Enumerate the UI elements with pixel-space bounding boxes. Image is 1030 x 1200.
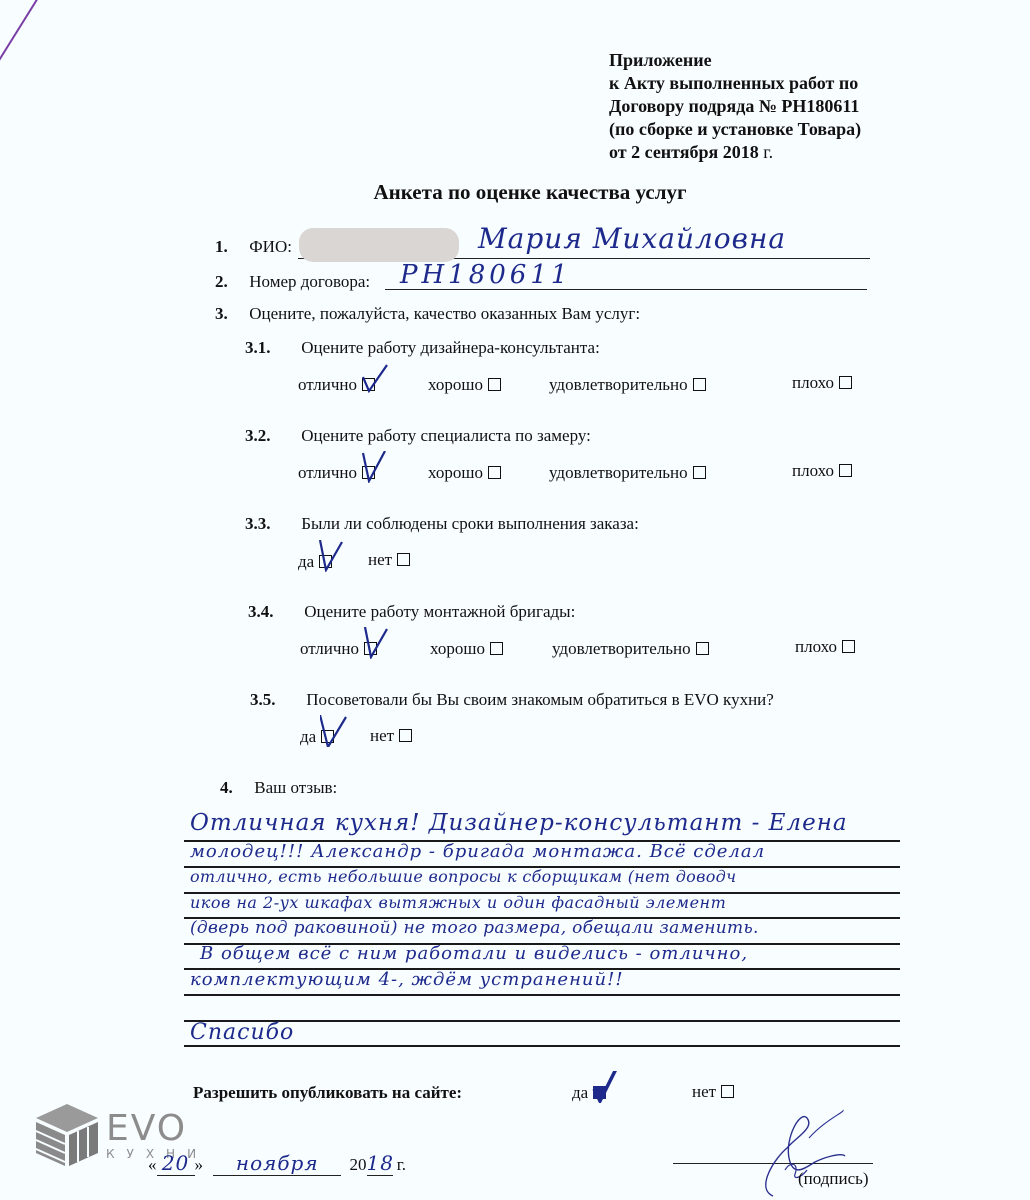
checkbox-empty[interactable] xyxy=(490,642,503,655)
ruled-line xyxy=(184,1045,900,1047)
review-text-line: отлично, есть небольшие вопросы к сборщи… xyxy=(190,867,736,886)
question-3-3: 3.3. Были ли соблюдены сроки выполнения … xyxy=(245,514,639,534)
date-month[interactable]: ноября xyxy=(213,1151,341,1176)
checkmark-icon xyxy=(361,451,391,483)
checkbox-empty[interactable] xyxy=(839,464,852,477)
checkbox-empty[interactable] xyxy=(839,376,852,389)
review-text-line: (дверь под раковиной) не того размера, о… xyxy=(190,918,759,938)
option-good[interactable]: хорошо xyxy=(428,375,501,395)
checkmark-icon xyxy=(318,540,348,572)
review-text-line: молодец!!! Александр - бригада монтажа. … xyxy=(190,841,765,862)
option-no[interactable]: нет xyxy=(368,550,410,570)
checkbox-empty[interactable] xyxy=(842,640,855,653)
appendix-line: (по сборке и установке Товара) xyxy=(609,118,861,141)
checkbox-empty[interactable] xyxy=(488,378,501,391)
option-bad[interactable]: плохо xyxy=(795,637,855,657)
review-text-line: комплектующим 4-, ждём устранений!! xyxy=(190,969,624,990)
review-text-line: В общем всё с ним работали и виделись - … xyxy=(200,943,748,964)
checkmark-icon xyxy=(320,715,350,747)
redacted-surname xyxy=(299,228,459,262)
contract-row: 2. Номер договора: xyxy=(215,272,370,292)
publish-option-yes[interactable]: да xyxy=(572,1083,606,1103)
contract-label: Номер договора: xyxy=(249,272,370,291)
checkbox-empty[interactable] xyxy=(399,729,412,742)
checkmark-icon xyxy=(361,363,391,395)
appendix-line: Приложение xyxy=(609,49,861,72)
publish-label: Разрешить опубликовать на сайте: xyxy=(193,1083,462,1103)
appendix-line: Договору подряда № РН180611 xyxy=(609,95,861,118)
checkbox-empty[interactable] xyxy=(721,1085,734,1098)
checkbox-checked[interactable] xyxy=(319,555,332,568)
fio-row: 1. ФИО: xyxy=(215,237,292,257)
review-heading: 4. Ваш отзыв: xyxy=(220,778,337,798)
option-no[interactable]: нет xyxy=(370,726,412,746)
form-title: Анкета по оценке качества услуг xyxy=(0,180,1030,205)
checkmark-icon xyxy=(592,1071,622,1103)
appendix-line: к Акту выполненных работ по xyxy=(609,72,861,95)
checkbox-empty[interactable] xyxy=(397,553,410,566)
option-yes[interactable]: да xyxy=(300,727,334,747)
publish-option-no[interactable]: нет xyxy=(692,1082,734,1102)
checkmark-icon xyxy=(363,627,393,659)
option-bad[interactable]: плохо xyxy=(792,373,852,393)
checkbox-checked[interactable] xyxy=(321,730,334,743)
checkbox-checked[interactable] xyxy=(364,642,377,655)
appendix-date: от 2 сентября 2018 г. xyxy=(609,141,861,164)
option-good[interactable]: хорошо xyxy=(428,463,501,483)
review-text-line: иков на 2-ух шкафах вытяжных и один фаса… xyxy=(190,893,726,912)
checkbox-empty[interactable] xyxy=(693,466,706,479)
review-text-line: Отличная кухня! Дизайнер-консультант - Е… xyxy=(190,810,848,836)
checkbox-checked[interactable] xyxy=(362,466,375,479)
checkbox-checked[interactable] xyxy=(362,378,375,391)
question-3-4: 3.4. Оцените работу монтажной бригады: xyxy=(248,602,575,622)
option-bad[interactable]: плохо xyxy=(792,461,852,481)
option-excellent[interactable]: отлично xyxy=(298,463,375,483)
appendix-header: Приложение к Акту выполненных работ по Д… xyxy=(609,49,861,164)
date-year[interactable]: 18 xyxy=(367,1151,393,1176)
pen-stroke-mark xyxy=(0,0,40,73)
option-excellent[interactable]: отлично xyxy=(300,639,377,659)
option-satisfactory[interactable]: удовлетворительно xyxy=(549,463,706,483)
checkbox-empty[interactable] xyxy=(696,642,709,655)
review-text-line: Спасибо xyxy=(190,1020,294,1045)
date-line: «20» ноября 2018 г. xyxy=(148,1151,406,1176)
fio-label: ФИО: xyxy=(249,237,292,256)
option-satisfactory[interactable]: удовлетворительно xyxy=(549,375,706,395)
date-day[interactable]: 20 xyxy=(157,1151,195,1176)
fio-value[interactable]: Мария Михайловна xyxy=(478,222,786,255)
question-3-2: 3.2. Оцените работу специалиста по замер… xyxy=(245,426,591,446)
checkbox-empty[interactable] xyxy=(693,378,706,391)
section-3-heading: 3. Оцените, пожалуйста, качество оказанн… xyxy=(215,304,640,324)
option-excellent[interactable]: отлично xyxy=(298,375,375,395)
option-yes[interactable]: да xyxy=(298,552,332,572)
option-satisfactory[interactable]: удовлетворительно xyxy=(552,639,709,659)
option-good[interactable]: хорошо xyxy=(430,639,503,659)
question-3-5: 3.5. Посоветовали бы Вы своим знакомым о… xyxy=(250,690,774,710)
question-3-1: 3.1. Оцените работу дизайнера-консультан… xyxy=(245,338,600,358)
ruled-line xyxy=(184,994,900,996)
signature-caption: (подпись) xyxy=(798,1169,869,1189)
contract-value[interactable]: РН180611 xyxy=(400,260,571,290)
checkbox-checked[interactable] xyxy=(593,1086,606,1099)
cube-logo-icon xyxy=(34,1102,100,1168)
checkbox-empty[interactable] xyxy=(488,466,501,479)
logo-brand: EVO xyxy=(106,1108,187,1149)
